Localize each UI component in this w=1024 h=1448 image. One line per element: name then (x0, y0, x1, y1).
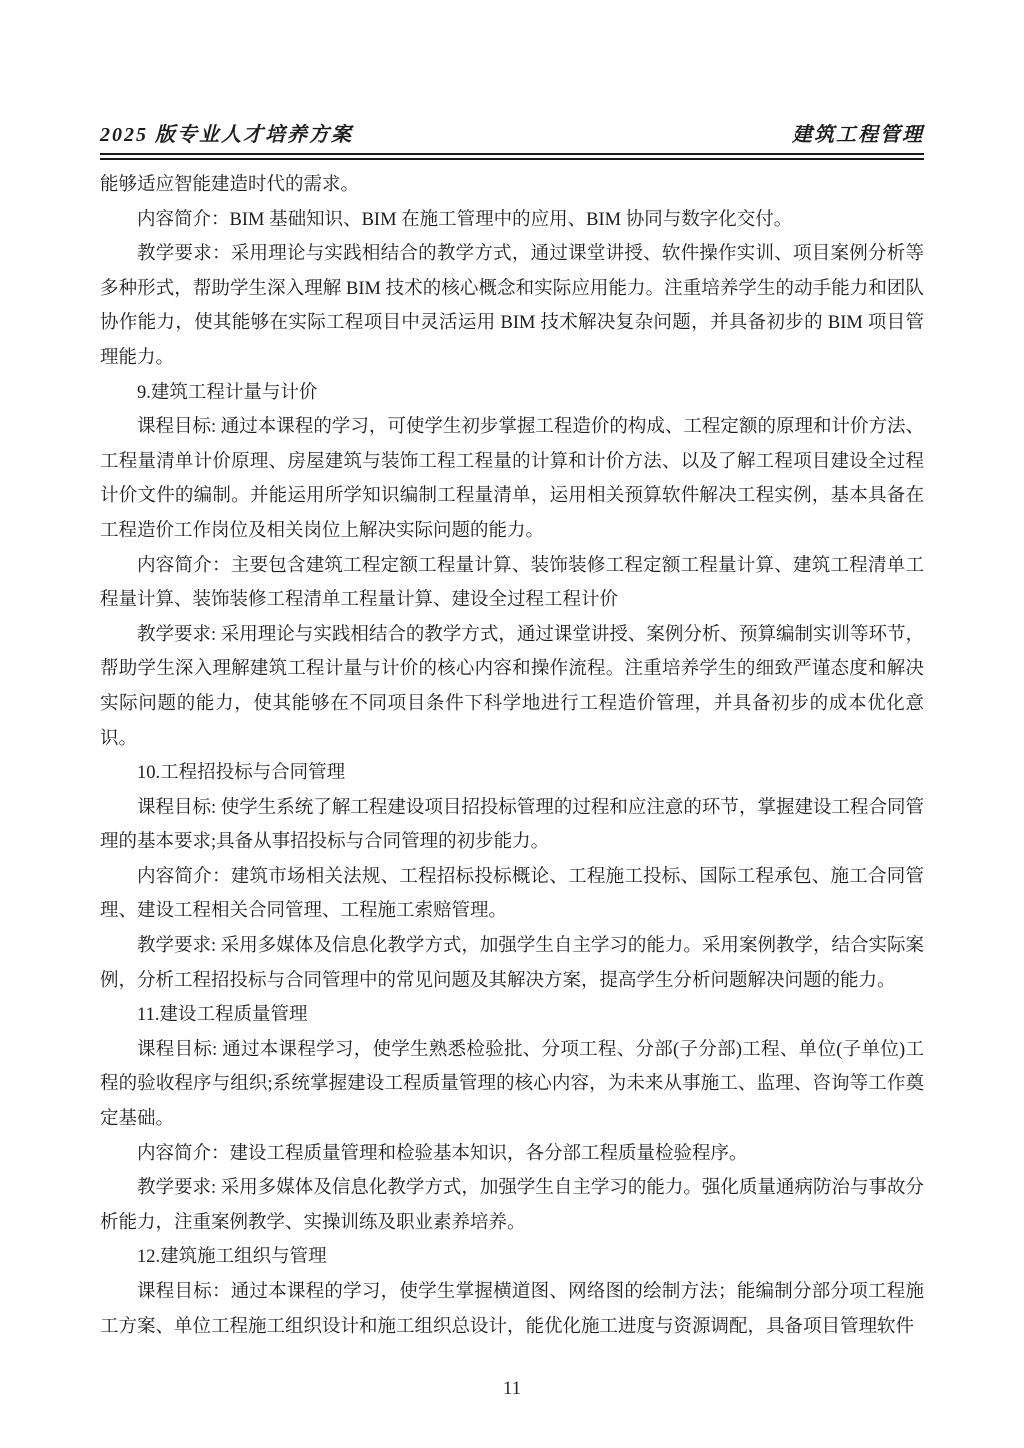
header-left-title: 2025 版专业人才培养方案 (100, 118, 353, 147)
course-title: 11.建设工程质量管理 (100, 998, 924, 1033)
page-footer: 11 (0, 1378, 1024, 1400)
course-title: 9.建筑工程计量与计价 (100, 376, 924, 411)
body-paragraph-continuation: 能够适应智能建造时代的需求。 (100, 168, 924, 203)
document-body: 能够适应智能建造时代的需求。 内容简介：BIM 基础知识、BIM 在施工管理中的… (100, 168, 924, 1344)
body-paragraph: 内容简介：主要包含建筑工程定额工程量计算、装饰装修工程定额工程量计算、建筑工程清… (100, 549, 924, 618)
body-paragraph: 课程目标: 通过本课程学习，使学生熟悉检验批、分项工程、分部(子分部)工程、单位… (100, 1033, 924, 1137)
body-paragraph: 教学要求: 采用理论与实践相结合的教学方式，通过课堂讲授、案例分析、预算编制实训… (100, 618, 924, 756)
course-title: 12.建筑施工组织与管理 (100, 1240, 924, 1275)
body-paragraph: 课程目标：通过本课程的学习，使学生掌握横道图、网络图的绘制方法；能编制分部分项工… (100, 1275, 924, 1344)
body-paragraph: 课程目标: 通过本课程的学习，可使学生初步掌握工程造价的构成、工程定额的原理和计… (100, 410, 924, 548)
body-paragraph: 教学要求: 采用多媒体及信息化教学方式，加强学生自主学习的能力。采用案例教学，结… (100, 929, 924, 998)
page-header: 2025 版专业人才培养方案 建筑工程管理 (100, 118, 924, 147)
body-paragraph: 课程目标: 使学生系统了解工程建设项目招投标管理的过程和应注意的环节，掌握建设工… (100, 791, 924, 860)
page-number: 11 (503, 1378, 521, 1399)
body-paragraph: 内容简介：建筑市场相关法规、工程招标投标概论、工程施工投标、国际工程承包、施工合… (100, 860, 924, 929)
header-divider-rule (100, 153, 924, 160)
course-title: 10.工程招投标与合同管理 (100, 756, 924, 791)
body-paragraph: 内容简介：BIM 基础知识、BIM 在施工管理中的应用、BIM 协同与数字化交付… (100, 203, 924, 238)
body-paragraph: 教学要求：采用理论与实践相结合的教学方式，通过课堂讲授、软件操作实训、项目案例分… (100, 237, 924, 375)
document-page: 2025 版专业人才培养方案 建筑工程管理 能够适应智能建造时代的需求。 内容简… (0, 0, 1024, 1448)
body-paragraph: 教学要求: 采用多媒体及信息化教学方式，加强学生自主学习的能力。强化质量通病防治… (100, 1171, 924, 1240)
body-paragraph: 内容简介：建设工程质量管理和检验基本知识，各分部工程质量检验程序。 (100, 1137, 924, 1172)
header-right-title: 建筑工程管理 (792, 118, 924, 147)
